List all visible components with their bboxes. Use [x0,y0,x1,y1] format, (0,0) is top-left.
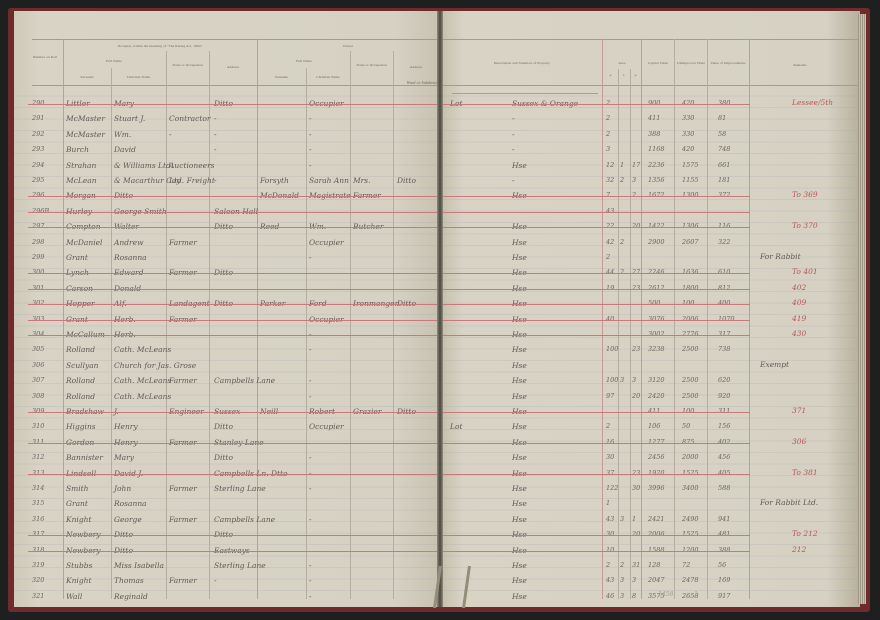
strikethrough-line [28,535,438,536]
occupier-christian-name: George [114,515,142,524]
roll-number: 294 [32,161,44,169]
area-acres: 42 [606,238,614,246]
improvements-value: 380 [718,99,730,107]
occupier-surname: Burch [66,145,89,154]
unimproved-value: 2500 [682,345,699,353]
area-perches: 27 [632,268,640,276]
capital-value: 106 [648,422,660,430]
roll-number: 313 [32,469,44,477]
occupier-christian-name: Andrew [114,238,144,247]
occupier-address: - [214,176,217,185]
property-description: - [512,145,515,154]
occupier-christian-name: Reginald [114,592,148,601]
owner-christian-name: Occupier [309,422,344,431]
roll-number: 315 [32,499,44,507]
occupier-christian-name: Cath. McLeans [114,345,171,354]
header-trade: Trade or Occupation [167,63,208,67]
unimproved-value: 1525 [682,469,699,477]
capital-value: 128 [648,561,660,569]
strikethrough-line [28,335,438,336]
area-roods: 2 [620,561,624,569]
area-roods: 3 [620,592,624,600]
owner-christian-name: Occupier [309,238,344,247]
header-full-name: Full Name [64,59,164,63]
header-owner-surname: Surname [258,75,305,79]
unimproved-value: 330 [682,114,694,122]
capital-value: 3996 [648,484,665,492]
area-acres: 30 [606,530,614,538]
roll-number: 311 [32,438,44,446]
occupier-christian-name: Rosanna [114,253,147,262]
occupier-address: - [214,114,217,123]
improvements-value: 920 [718,392,730,400]
improvements-value: 588 [718,484,730,492]
unimproved-value: 1200 [682,546,699,554]
property-description: Hse [512,392,527,401]
area-acres: 22 [606,222,614,230]
header-surname: Surname [64,75,110,79]
roll-number: 297 [32,222,44,230]
area-roods: 2 [620,268,624,276]
unimproved-value: 3400 [682,484,699,492]
owner-address: Ditto [397,176,416,185]
header-number-on-roll: Number on Roll [30,55,60,59]
occupier-christian-name: Stuart J. [114,114,145,123]
capital-value: 2236 [648,161,665,169]
strikethrough-line [28,227,438,228]
property-description: Hse [512,422,527,431]
header-improvements-value: Value of Improvements [708,61,748,65]
occupier-trade: Auctioneers [169,161,215,170]
improvements-value: 311 [718,407,730,415]
roll-number: 314 [32,484,44,492]
area-roods: 2 [620,238,624,246]
unimproved-value: 2500 [682,376,699,384]
occupier-surname: Wall [66,592,82,601]
improvements-value: 661 [718,161,730,169]
unimproved-value: 2006 [682,315,699,323]
strikethrough-line [28,474,438,475]
roll-number: 308 [32,392,44,400]
area-acres: 97 [606,392,614,400]
capital-value: 2456 [648,453,665,461]
remark-note: To 369 [792,190,818,199]
property-description: Hse [512,499,527,508]
occupier-trade: Farmer [169,484,197,493]
occupier-address: - [214,576,217,585]
strikethrough-line [442,196,750,197]
capital-value: 2612 [648,284,665,292]
remark-note: 306 [792,437,806,446]
improvements-value: 610 [718,268,730,276]
improvements-value: 400 [718,299,730,307]
unimproved-value: 2500 [682,392,699,400]
remark-note: To 212 [792,529,818,538]
improvements-value: 181 [718,176,730,184]
roll-number: 307 [32,376,44,384]
owner-christian-name: - [309,376,312,385]
unimproved-value: 1525 [682,530,699,538]
header-bottom-rule [32,85,438,86]
roll-number: 296 [32,191,44,199]
property-description: Hse [512,376,527,385]
unimproved-value: 2478 [682,576,699,584]
area-perches: 23 [632,469,640,477]
remark-note: 419 [792,314,806,323]
header-ward: Ward or Subdivision [394,81,438,85]
owner-christian-name: Sarah Ann [309,176,349,185]
capital-value: 1168 [648,145,665,153]
unimproved-value: 1800 [682,284,699,292]
roll-number: 291 [32,114,44,122]
strikethrough-line [442,335,750,336]
area-perches: 20 [632,222,640,230]
owner-christian-name: - [309,345,312,354]
area-acres: 100 [606,376,618,384]
roll-number: 306 [32,361,44,369]
improvements-value: 322 [718,238,730,246]
unimproved-value: 2000 [682,453,699,461]
improvements-value: 56 [718,561,726,569]
area-acres: 19 [606,284,614,292]
table-row: 321WallReginald- [14,588,438,607]
unimproved-value: 2776 [682,330,699,338]
area-roods: 2 [620,176,624,184]
area-acres: 46 [606,592,614,600]
improvements-value: 456 [718,453,730,461]
strikethrough-line [28,196,438,197]
occupier-address: Ditto [214,422,233,431]
header-occupier: Occupier, within the meaning of "The Rat… [64,44,256,48]
occupier-surname: McMaster [66,114,105,123]
area-acres: 2 [606,114,610,122]
unimproved-value: 420 [682,145,694,153]
area-roods: 3 [620,576,624,584]
area-perches: 20 [632,392,640,400]
area-perches: 8 [632,592,636,600]
occupier-surname: McLean [66,176,97,185]
occupier-surname: Scullyan [66,361,99,370]
property-description: Hse [512,253,527,262]
improvements-value: 388 [718,546,730,554]
roll-number: 320 [32,576,44,584]
capital-value: 2246 [648,268,665,276]
strikethrough-line [442,412,750,413]
occupier-surname: Strahan [66,161,96,170]
property-description: Hse [512,515,527,524]
owner-christian-name: - [309,515,312,524]
unimproved-value: 100 [682,299,694,307]
roll-number: 319 [32,561,44,569]
roll-number: 302 [32,299,44,307]
occupier-address: - [214,130,217,139]
area-acres: 16 [606,438,614,446]
occupier-surname: McDaniel [66,238,102,247]
unimproved-value: 72 [682,561,690,569]
improvements-value: 156 [718,422,730,430]
improvements-value: 917 [718,592,730,600]
header-top-rule [32,39,438,40]
area-acres: 43 [606,515,614,523]
property-description: Hse [512,484,527,493]
remark-note: 212 [792,545,806,554]
area-acres: 10 [606,546,614,554]
header-remarks: Remarks [750,63,850,67]
area-perches: 30 [632,484,640,492]
description-underline [452,93,598,94]
improvements-value: 116 [718,222,730,230]
area-acres: 3 [606,145,610,153]
unimproved-value: 2607 [682,238,699,246]
occupier-surname: Smith [66,484,89,493]
occupier-trade: Farmer [169,376,197,385]
capital-value: 2420 [648,392,665,400]
strikethrough-line [442,443,750,444]
roll-number: 298 [32,238,44,246]
area-perches: 17 [632,161,640,169]
right-page: Description and Situation of Property Ar… [442,11,860,607]
header-area-roods: r. [619,73,629,77]
roll-number: 295 [32,176,44,184]
remark-note: For Rabbit [760,252,801,261]
owner-christian-name: - [309,114,312,123]
capital-value: 1920 [648,469,665,477]
unimproved-value: 875 [682,438,694,446]
remark-note: Exempt [760,360,789,369]
occupier-trade: Farmer [169,576,197,585]
property-description: Hse [512,361,527,370]
improvements-value: 81 [718,114,726,122]
occupier-christian-name: Thomas [114,576,144,585]
strikethrough-line [442,474,750,475]
improvements-value: 748 [718,145,730,153]
header-owner-christian-name: Christian Name [307,75,349,79]
improvements-value: 317 [718,330,730,338]
owner-christian-name: - [309,145,312,154]
header-owner-address: Address [394,65,438,69]
improvements-value: 738 [718,345,730,353]
capital-value: 3002 [648,330,665,338]
roll-number: 292 [32,130,44,138]
header-capital-value: Capital Value [642,61,674,65]
left-page: Number on Roll Occupier, within the mean… [14,11,438,607]
occupier-christian-name: Henry [114,422,138,431]
area-acres: 43 [606,576,614,584]
remark-note: To 401 [792,267,818,276]
roll-number: 301 [32,284,44,292]
occupier-christian-name: John [114,484,131,493]
area-acres: 100 [606,345,618,353]
header-unimproved-value: Unimproved Value [675,61,707,65]
capital-value: 3120 [648,376,665,384]
header-christian-name: Christian Name [112,75,165,79]
strikethrough-line [442,304,750,305]
capital-value: 1277 [648,438,665,446]
occupier-christian-name: Cath. McLeans [114,376,171,385]
improvements-value: 620 [718,376,730,384]
area-roods: 3 [620,376,624,384]
unimproved-value: 1300 [682,191,699,199]
occupier-christian-name: Mary [114,453,134,462]
roll-number: 305 [32,345,44,353]
capital-value: 3076 [648,315,665,323]
property-description: Hse [512,345,527,354]
roll-number: 321 [32,592,44,600]
owner-christian-name: - [309,576,312,585]
improvements-value: 402 [718,438,730,446]
header-address: Address [210,65,256,69]
header-area-perches: p. [631,73,641,77]
area-acres: 44 [606,268,614,276]
property-description: Hse [512,576,527,585]
strikethrough-line [442,289,750,290]
property-description: - [512,114,515,123]
unimproved-value: 50 [682,422,690,430]
roll-number: 316 [32,515,44,523]
roll-number: 317 [32,530,44,538]
area-perches: 23 [632,284,640,292]
area-acres: 43 [606,207,614,215]
property-description: - [512,176,515,185]
occupier-trade: Ltd. Freight [169,176,215,185]
occupier-christian-name: & Williams Ltd. [114,161,173,170]
unimproved-value: 2490 [682,515,699,523]
property-description: Hse [512,592,527,601]
remark-note: 430 [792,329,806,338]
occupier-christian-name: Rosanna [114,499,147,508]
property-description: Hse [512,561,527,570]
roll-number: 293 [32,145,44,153]
area-acres: 122 [606,484,618,492]
roll-number: 303 [32,315,44,323]
strikethrough-line [442,320,750,321]
footer-total: 1458 [658,591,673,598]
strikethrough-line [442,551,750,552]
roll-number: 309 [32,407,44,415]
unimproved-value: 330 [682,130,694,138]
remark-note: 371 [792,406,806,415]
occupier-surname: Rolland [66,376,95,385]
improvements-value: 372 [718,191,730,199]
table-row: Hse463835752658917 [442,588,860,607]
header-bottom-rule [442,85,860,86]
capital-value: 2421 [648,515,665,523]
strikethrough-line [28,104,438,105]
occupier-surname: Knight [66,576,91,585]
header-owner: Owner [258,44,438,48]
property-description: Hse [512,453,527,462]
area-roods: 1 [620,161,624,169]
owner-surname: Forsyth [260,176,289,185]
improvements-value: 169 [718,576,730,584]
area-acres: 2 [606,99,610,107]
remark-note: 409 [792,298,806,307]
improvements-value: 1070 [718,315,735,323]
roll-number: 300 [32,268,44,276]
occupier-christian-name: Miss Isabella [114,561,164,570]
occupier-address: - [214,145,217,154]
occupier-trade: Farmer [169,238,197,247]
ward-subdivision: Lot [450,422,463,431]
occupier-surname: Grant [66,499,88,508]
header-description: Description and Situation of Property [442,61,602,65]
header-top-rule [442,39,860,40]
unimproved-value: 1575 [682,161,699,169]
roll-number: 299 [32,253,44,261]
area-acres: 2 [606,561,610,569]
capital-value: 411 [648,407,660,415]
occupier-surname: Knight [66,515,91,524]
capital-value: 900 [648,99,660,107]
area-acres: 12 [606,161,614,169]
owner-christian-name: - [309,453,312,462]
strikethrough-line [442,104,750,105]
improvements-value: 481 [718,530,730,538]
header-owner-full-name: Full Name [258,59,350,63]
area-perches: 20 [632,530,640,538]
page-edges [858,14,866,604]
area-acres: 40 [606,315,614,323]
roll-number: 290 [32,99,44,107]
roll-number: 296B [32,207,49,215]
area-perches: 3 [632,376,636,384]
occupier-christian-name: Church for Jas. Grose [114,361,196,370]
strikethrough-line [442,535,750,536]
strikethrough-line [28,289,438,290]
header-owner-trade: Trade or Occupation [351,63,392,67]
owner-christian-name: - [309,484,312,493]
remark-note: To 370 [792,221,818,230]
occupier-surname: Stubbs [66,561,92,570]
capital-value: 500 [648,299,660,307]
area-perches: 2 [632,191,636,199]
capital-value: 1588 [648,546,665,554]
unimproved-value: 420 [682,99,694,107]
occupier-surname: Rolland [66,345,95,354]
area-acres: 2 [606,253,610,261]
area-acres: 1 [606,499,610,507]
occupier-surname: Bannister [66,453,103,462]
owner-christian-name: - [309,161,312,170]
remark-note: 402 [792,283,806,292]
capital-value: 1422 [648,222,665,230]
remark-note: Lessee/5th [792,98,833,107]
book-spine-gutter [437,11,443,607]
occupier-christian-name: David [114,145,136,154]
strikethrough-line [28,320,438,321]
strikethrough-line [442,227,750,228]
occupier-christian-name: Wm. [114,130,131,139]
owner-christian-name: - [309,130,312,139]
capital-value: 2047 [648,576,665,584]
header-area-acres: a. [606,73,616,77]
strikethrough-line [28,304,438,305]
remark-note: To 381 [792,468,818,477]
area-acres: 30 [606,453,614,461]
paper-clip [433,566,471,608]
occupier-address: Campbells Lane [214,376,275,385]
occupier-address: Sterling Lane [214,561,266,570]
area-acres: 32 [606,176,614,184]
roll-number: 310 [32,422,44,430]
occupier-address: Sterling Lane [214,484,266,493]
strikethrough-line [28,412,438,413]
property-description: Hse [512,238,527,247]
capital-value: 2900 [648,238,665,246]
area-acres: 7 [606,191,610,199]
occupier-address: Campbells Lane [214,515,275,524]
occupier-surname: McMaster [66,130,105,139]
